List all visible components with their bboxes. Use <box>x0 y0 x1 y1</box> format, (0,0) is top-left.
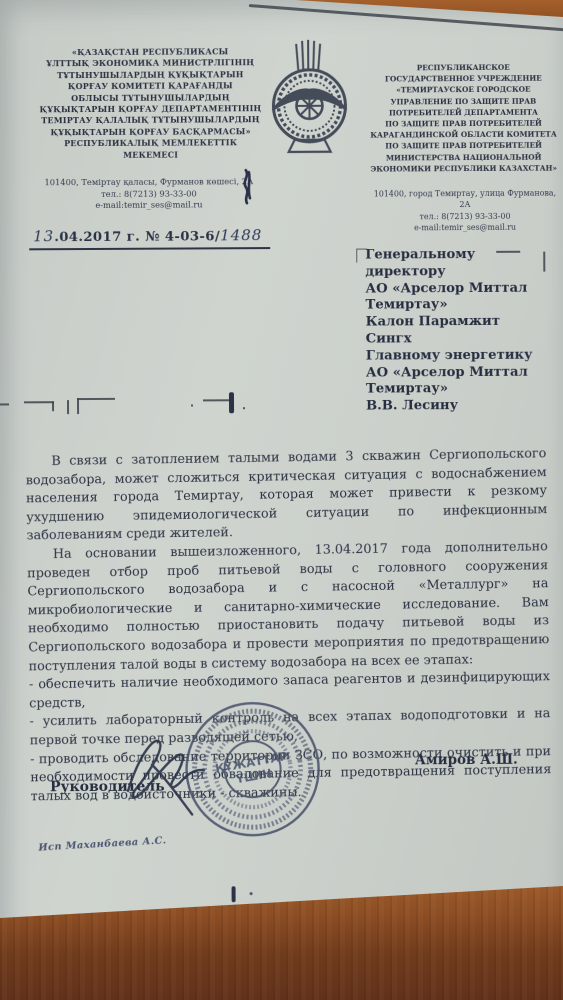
recipient-line: Главному энергетику <box>366 347 548 365</box>
address-left: 101400, Теміртау қаласы, Фурманов көшесі… <box>37 176 261 212</box>
signature-position-label: Руководитель <box>50 779 165 796</box>
ink-scribble-mark <box>237 168 255 210</box>
signature-name: Амиров А.Ш. <box>415 752 518 769</box>
address-right: 101400, город Темиртау, улица Фурманова,… <box>371 188 559 235</box>
recipient-line: Калон Парамжит Сингх <box>366 314 548 349</box>
org-line: ТҰТЫНУШЫЛАРДЫҢ ҚҰҚЫҚТАРЫН <box>26 69 274 82</box>
recipient-line: Темиртау» <box>365 297 547 315</box>
address-line: e-mail:temir_ses@mail.ru <box>371 222 559 234</box>
scan-mark <box>67 400 69 414</box>
org-line: ПО ЗАЩИТЕ ПРАВ ПОТРЕБИТЕЛЕЙ <box>369 140 559 152</box>
letter-paper: «ҚАЗАҚСТАН РЕСПУБЛИКАСЫ ҰЛТТЫҚ ЭКОНОМИКА… <box>0 0 563 1000</box>
recipient-block: Генеральному директору АО «Арселор Митта… <box>365 247 548 416</box>
recipient-line: Генеральному директору <box>365 247 547 282</box>
scan-dot <box>243 407 245 409</box>
scan-mark <box>77 398 79 414</box>
org-line: ЭКОНОМИКИ РЕСПУБЛИКИ КАЗАХСТАН» <box>369 162 559 174</box>
address-line: 101400, Теміртау қаласы, Фурманов көшесі… <box>37 176 261 189</box>
kazakhstan-coat-of-arms-icon <box>264 40 357 166</box>
org-line: УПРАВЛЕНИЕ ПО ЗАЩИТЕ ПРАВ <box>368 95 558 107</box>
org-line: МЕКЕМЕСІ <box>27 149 275 162</box>
body-paragraph: В связи с затоплением талыми водами 3 ск… <box>25 445 547 546</box>
scan-mark <box>0 403 9 405</box>
scan-mark <box>52 401 54 411</box>
scanned-letter-photo: «ҚАЗАҚСТАН РЕСПУБЛИКАСЫ ҰЛТТЫҚ ЭКОНОМИКА… <box>0 0 563 1000</box>
address-line: 101400, город Темиртау, улица Фурманова,… <box>371 188 559 212</box>
handwritten-number: 1488 <box>220 226 262 244</box>
scan-mark <box>24 401 54 403</box>
address-line: e-mail:temir_ses@mail.ru <box>37 199 261 212</box>
recipient-line: Темиртау» <box>366 381 548 399</box>
scan-mark <box>77 398 115 400</box>
ink-blob <box>229 392 234 413</box>
recipient-line: В.В. Лесину <box>366 398 548 416</box>
scan-mark <box>203 399 229 401</box>
recipient-line: АО «Арселор Миттал <box>366 364 548 382</box>
scan-dot <box>191 404 193 406</box>
org-line: «ТЕМИРТАУСКОЕ ГОРОДСКОЕ <box>368 84 558 96</box>
typed-reference: .04.2017 г. № 4-03-6/ <box>54 229 220 245</box>
org-name-russian: РЕСПУБЛИКАНСКОЕ ГОСУДАРСТВЕННОЕ УЧРЕЖДЕН… <box>368 62 559 175</box>
body-paragraph: На основании вышеизложенного, 13.04.2017… <box>27 538 550 676</box>
handwritten-signature <box>120 726 225 823</box>
org-line: МИНИСТЕРСТВА НАЦИОНАЛЬНОЙ <box>369 151 559 163</box>
ink-mark <box>232 886 236 902</box>
recipient-line: АО «Арселор Миттал <box>365 280 547 298</box>
address-line: тел.: 8(7213) 93-33-00 <box>371 210 559 222</box>
ink-dot <box>250 892 253 895</box>
executor-note: Исп Маханбаева А.С. <box>38 835 167 853</box>
reference-date-line: 13.04.2017 г. № 4-03-6/1488 <box>29 226 270 250</box>
handwritten-day: 13 <box>33 227 54 245</box>
org-name-kazakh: «ҚАЗАҚСТАН РЕСПУБЛИКАСЫ ҰЛТТЫҚ ЭКОНОМИКА… <box>26 46 275 161</box>
